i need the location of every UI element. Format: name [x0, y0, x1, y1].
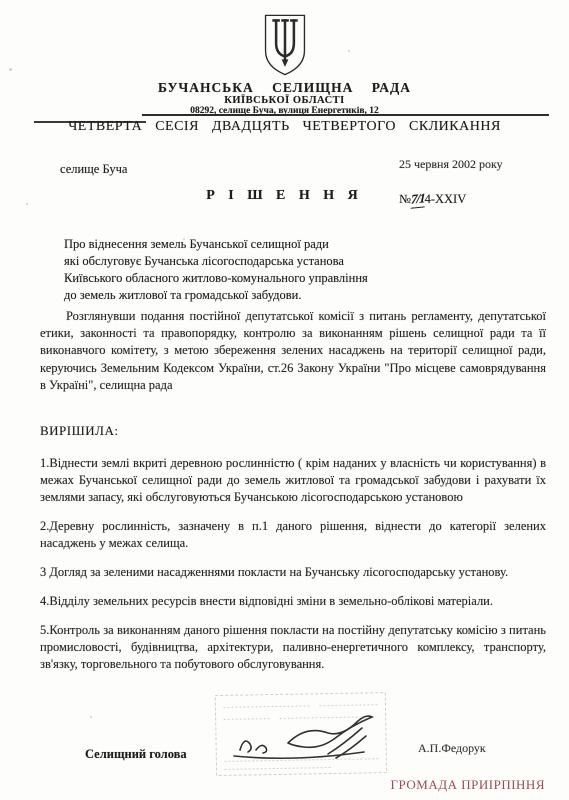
scan-speck	[90, 716, 92, 718]
doc-number-rest: 4-XXIV	[425, 192, 467, 206]
org-name: БУЧАНСЬКА СЕЛИЩНА РАДА	[0, 80, 569, 96]
signature-title: Селищний голова	[85, 747, 187, 762]
subject-line: до земель житлової та громадської забудо…	[64, 287, 454, 304]
resolution-items: 1.Віднести землі вкриті деревною рослинн…	[40, 455, 546, 685]
preamble-paragraph: Розглянувши подання постійної депутатськ…	[40, 308, 546, 394]
subject-line: які обслуговує Бучанська лісогосподарськ…	[64, 253, 454, 270]
coat-of-arms	[0, 12, 569, 78]
decision-title: Р І Ш Е Н Н Я	[0, 188, 569, 204]
scan-speck	[348, 50, 350, 52]
scan-speck	[26, 203, 28, 205]
scan-speck	[183, 238, 185, 240]
resolution-item-1: 1.Віднести землі вкриті деревною рослинн…	[40, 455, 546, 506]
place-line: селище Буча	[60, 162, 127, 177]
header-rule	[142, 114, 549, 116]
resolution-item-3: 3 Догляд за зеленими насадженнями поклас…	[40, 564, 546, 581]
subject-line: Про віднесення земель Бучанської селищно…	[64, 236, 454, 253]
resolution-item-2: 2.Деревну рослинність, зазначену в п.1 д…	[40, 518, 546, 552]
signature-name: А.П.Федорук	[418, 741, 486, 756]
subject-block: Про віднесення земель Бучанської селищно…	[64, 236, 454, 304]
resolution-item-4: 4.Відділу земельних ресурсів внести відп…	[40, 593, 546, 610]
scan-speck	[311, 478, 313, 480]
org-region: КИЇВСЬКОЇ ОБЛАСТІ	[0, 95, 569, 106]
resolved-heading: ВИРІШИЛА:	[40, 423, 118, 439]
document-page: БУЧАНСЬКА СЕЛИЩНА РАДА КИЇВСЬКОЇ ОБЛАСТІ…	[0, 0, 569, 800]
scan-speck	[9, 68, 12, 71]
session-title: ЧЕТВЕРТА СЕСІЯ ДВАДЦЯТЬ ЧЕТВЕРТОГО СКЛИК…	[0, 119, 569, 135]
subject-line: Київського обласного житлово-комунальног…	[64, 270, 454, 287]
doc-number-handwritten: 7/1	[411, 190, 425, 209]
signature-scribble-icon	[210, 688, 400, 788]
doc-number-prefix: №	[399, 192, 411, 206]
doc-number: №7/14-XXIV	[399, 191, 466, 208]
resolution-item-5: 5.Контроль за виконанням даного рішення …	[40, 622, 546, 673]
ukraine-trident-icon	[259, 12, 311, 78]
date-line: 25 червня 2002 року	[399, 157, 503, 172]
footer-watermark: ГРОМАДА ПРИІРПІННЯ	[0, 777, 545, 793]
